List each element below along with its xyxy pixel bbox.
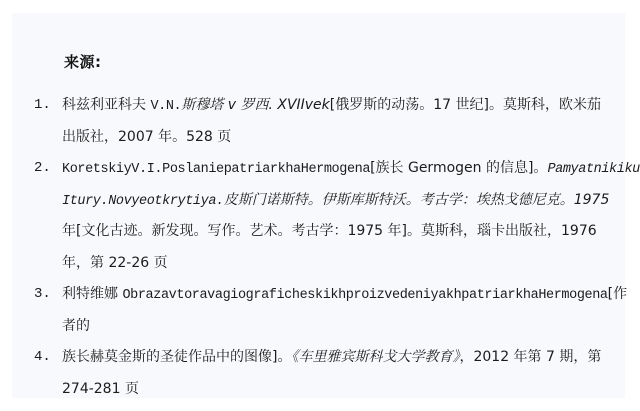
reference-number: 2. [34,153,51,185]
reference-line: 年[文化古迹。新发现。写作。艺术。考古学：1975 年]。莫斯科，瑙卡出版社，1… [62,216,594,248]
reference-body: 科兹利亚科夫 V.N.斯穆塔 v 罗西. XVIIvek[俄罗斯的动荡。17 世… [62,90,594,153]
reference-number: 1. [34,90,51,122]
sources-heading: 来源: [64,51,102,72]
title-italic: 皮斯门诺斯特。伊斯库斯特沃。考古学：埃热戈德尼克。1975 [224,192,610,208]
text-segment: 年[文化古迹。新发现。写作。艺术。考古学：1975 年]。莫斯科，瑙卡出版社，1… [62,223,597,239]
reference-line: 利特维娜 Obrazavtoravagiograficheskikhproizv… [62,279,594,311]
reference-line: 年，第 22-26 页 [62,248,594,280]
text-segment: [族长 Germogen 的信息]。 [370,160,547,176]
reference-line: 者的 [62,311,594,343]
text-segment: 274-281 页 [62,381,139,397]
journal-title: 《车里雅宾斯科戈大学教育》 [291,349,459,365]
text-segment: ，2012 年第 7 期，第 [459,349,601,365]
reference-line: 族长赫莫金斯的圣徒作品中的图像]。《车里雅宾斯科戈大学教育》，2012 年第 7… [62,342,594,374]
reference-line: 出版社，2007 年。528 页 [62,122,594,154]
title-italic: Itury.Novyeotkrytiya. [62,194,224,209]
text-segment: 者的 [62,318,90,334]
reference-number: 3. [34,279,51,311]
title-italic: Pamyatnikiku [547,162,639,177]
text-segment: 年，第 22-26 页 [62,255,168,271]
reference-line: KoretskiyV.I.PoslaniepatriarkhaHermogena… [62,153,594,185]
reference-item-2: 2. KoretskiyV.I.PoslaniepatriarkhaHermog… [34,153,594,279]
text-segment: 科兹利亚科夫 [62,97,150,113]
reference-item-3: 3. 利特维娜 Obrazavtoravagiograficheskikhpro… [34,279,594,342]
reference-item-4: 4. 族长赫莫金斯的圣徒作品中的图像]。《车里雅宾斯科戈大学教育》，2012 年… [34,342,594,405]
author-initials: V.N. [150,99,181,114]
reference-line: 274-281 页 [62,374,594,406]
text-segment: [作 [608,286,627,302]
text-segment: 利特维娜 [62,286,122,302]
reference-body: 族长赫莫金斯的圣徒作品中的图像]。《车里雅宾斯科戈大学教育》，2012 年第 7… [62,342,594,405]
reference-item-1: 1. 科兹利亚科夫 V.N.斯穆塔 v 罗西. XVIIvek[俄罗斯的动荡。1… [34,90,594,153]
author-title: Obrazavtoravagiograficheskikhproizvedeni… [122,288,607,303]
title-italic: 斯穆塔 v 罗西. XVIIvek [181,97,330,113]
text-segment: 族长赫莫金斯的圣徒作品中的图像]。 [62,349,291,365]
author-title: KoretskiyV.I.PoslaniepatriarkhaHermogena [62,162,370,177]
reference-line: 科兹利亚科夫 V.N.斯穆塔 v 罗西. XVIIvek[俄罗斯的动荡。17 世… [62,90,594,122]
reference-line: Itury.Novyeotkrytiya.皮斯门诺斯特。伊斯库斯特沃。考古学：埃… [62,185,594,217]
reference-number: 4. [34,342,51,374]
reference-body: 利特维娜 Obrazavtoravagiograficheskikhproizv… [62,279,594,342]
text-segment: [俄罗斯的动荡。17 世纪]。莫斯科，欧米茄 [330,97,601,113]
reference-body: KoretskiyV.I.PoslaniepatriarkhaHermogena… [62,153,594,279]
text-segment: 出版社，2007 年。528 页 [62,129,231,145]
